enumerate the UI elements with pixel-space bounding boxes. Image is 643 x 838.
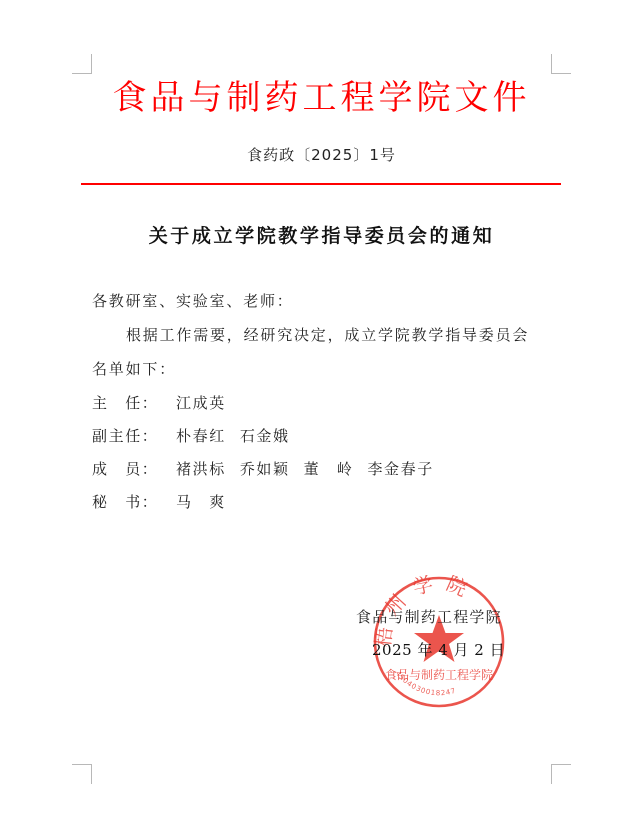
issuer-title: 食品与制药工程学院文件 bbox=[82, 76, 561, 120]
member-name: 江成英 bbox=[176, 392, 226, 414]
salutation: 各教研室、实验室、老师： bbox=[92, 290, 294, 312]
crop-mark-bottom-right bbox=[551, 764, 571, 784]
crop-mark-top-right bbox=[551, 54, 571, 74]
role-label: 成 员： bbox=[92, 458, 158, 480]
signature-issuer: 食品与制药工程学院 bbox=[356, 606, 502, 628]
issue-date: 2025 年 4 月 2 日 bbox=[372, 639, 505, 661]
member-names: 朴春红石金娥 bbox=[176, 425, 304, 447]
role-label: 秘 书： bbox=[92, 491, 158, 513]
member-name: 董 岭 bbox=[304, 458, 354, 480]
crop-mark-top-left bbox=[72, 54, 92, 74]
member-names: 马 爽 bbox=[176, 491, 240, 513]
document-number: 食药政〔2025〕1号 bbox=[82, 144, 561, 166]
member-name: 李金春子 bbox=[367, 458, 433, 480]
red-divider-line bbox=[81, 183, 561, 185]
body-paragraph-line-1: 根据工作需要，经研究决定，成立学院教学指导委员会 bbox=[126, 324, 529, 346]
body-paragraph-line-2: 名单如下： bbox=[92, 358, 176, 380]
document-subject: 关于成立学院教学指导委员会的通知 bbox=[82, 222, 561, 250]
member-name: 石金娥 bbox=[240, 425, 290, 447]
member-names: 江成英 bbox=[176, 392, 240, 414]
role-label: 副主任： bbox=[92, 425, 158, 447]
member-name: 乔如颖 bbox=[240, 458, 290, 480]
document-page: 食品与制药工程学院文件 食药政〔2025〕1号 关于成立学院教学指导委员会的通知… bbox=[0, 0, 643, 838]
member-name: 褚洪标 bbox=[176, 458, 226, 480]
role-label: 主 任： bbox=[92, 392, 158, 414]
crop-mark-bottom-left bbox=[72, 764, 92, 784]
member-name: 马 爽 bbox=[176, 491, 226, 513]
member-names: 褚洪标乔如颖董 岭李金春子 bbox=[176, 458, 448, 480]
member-name: 朴春红 bbox=[176, 425, 226, 447]
